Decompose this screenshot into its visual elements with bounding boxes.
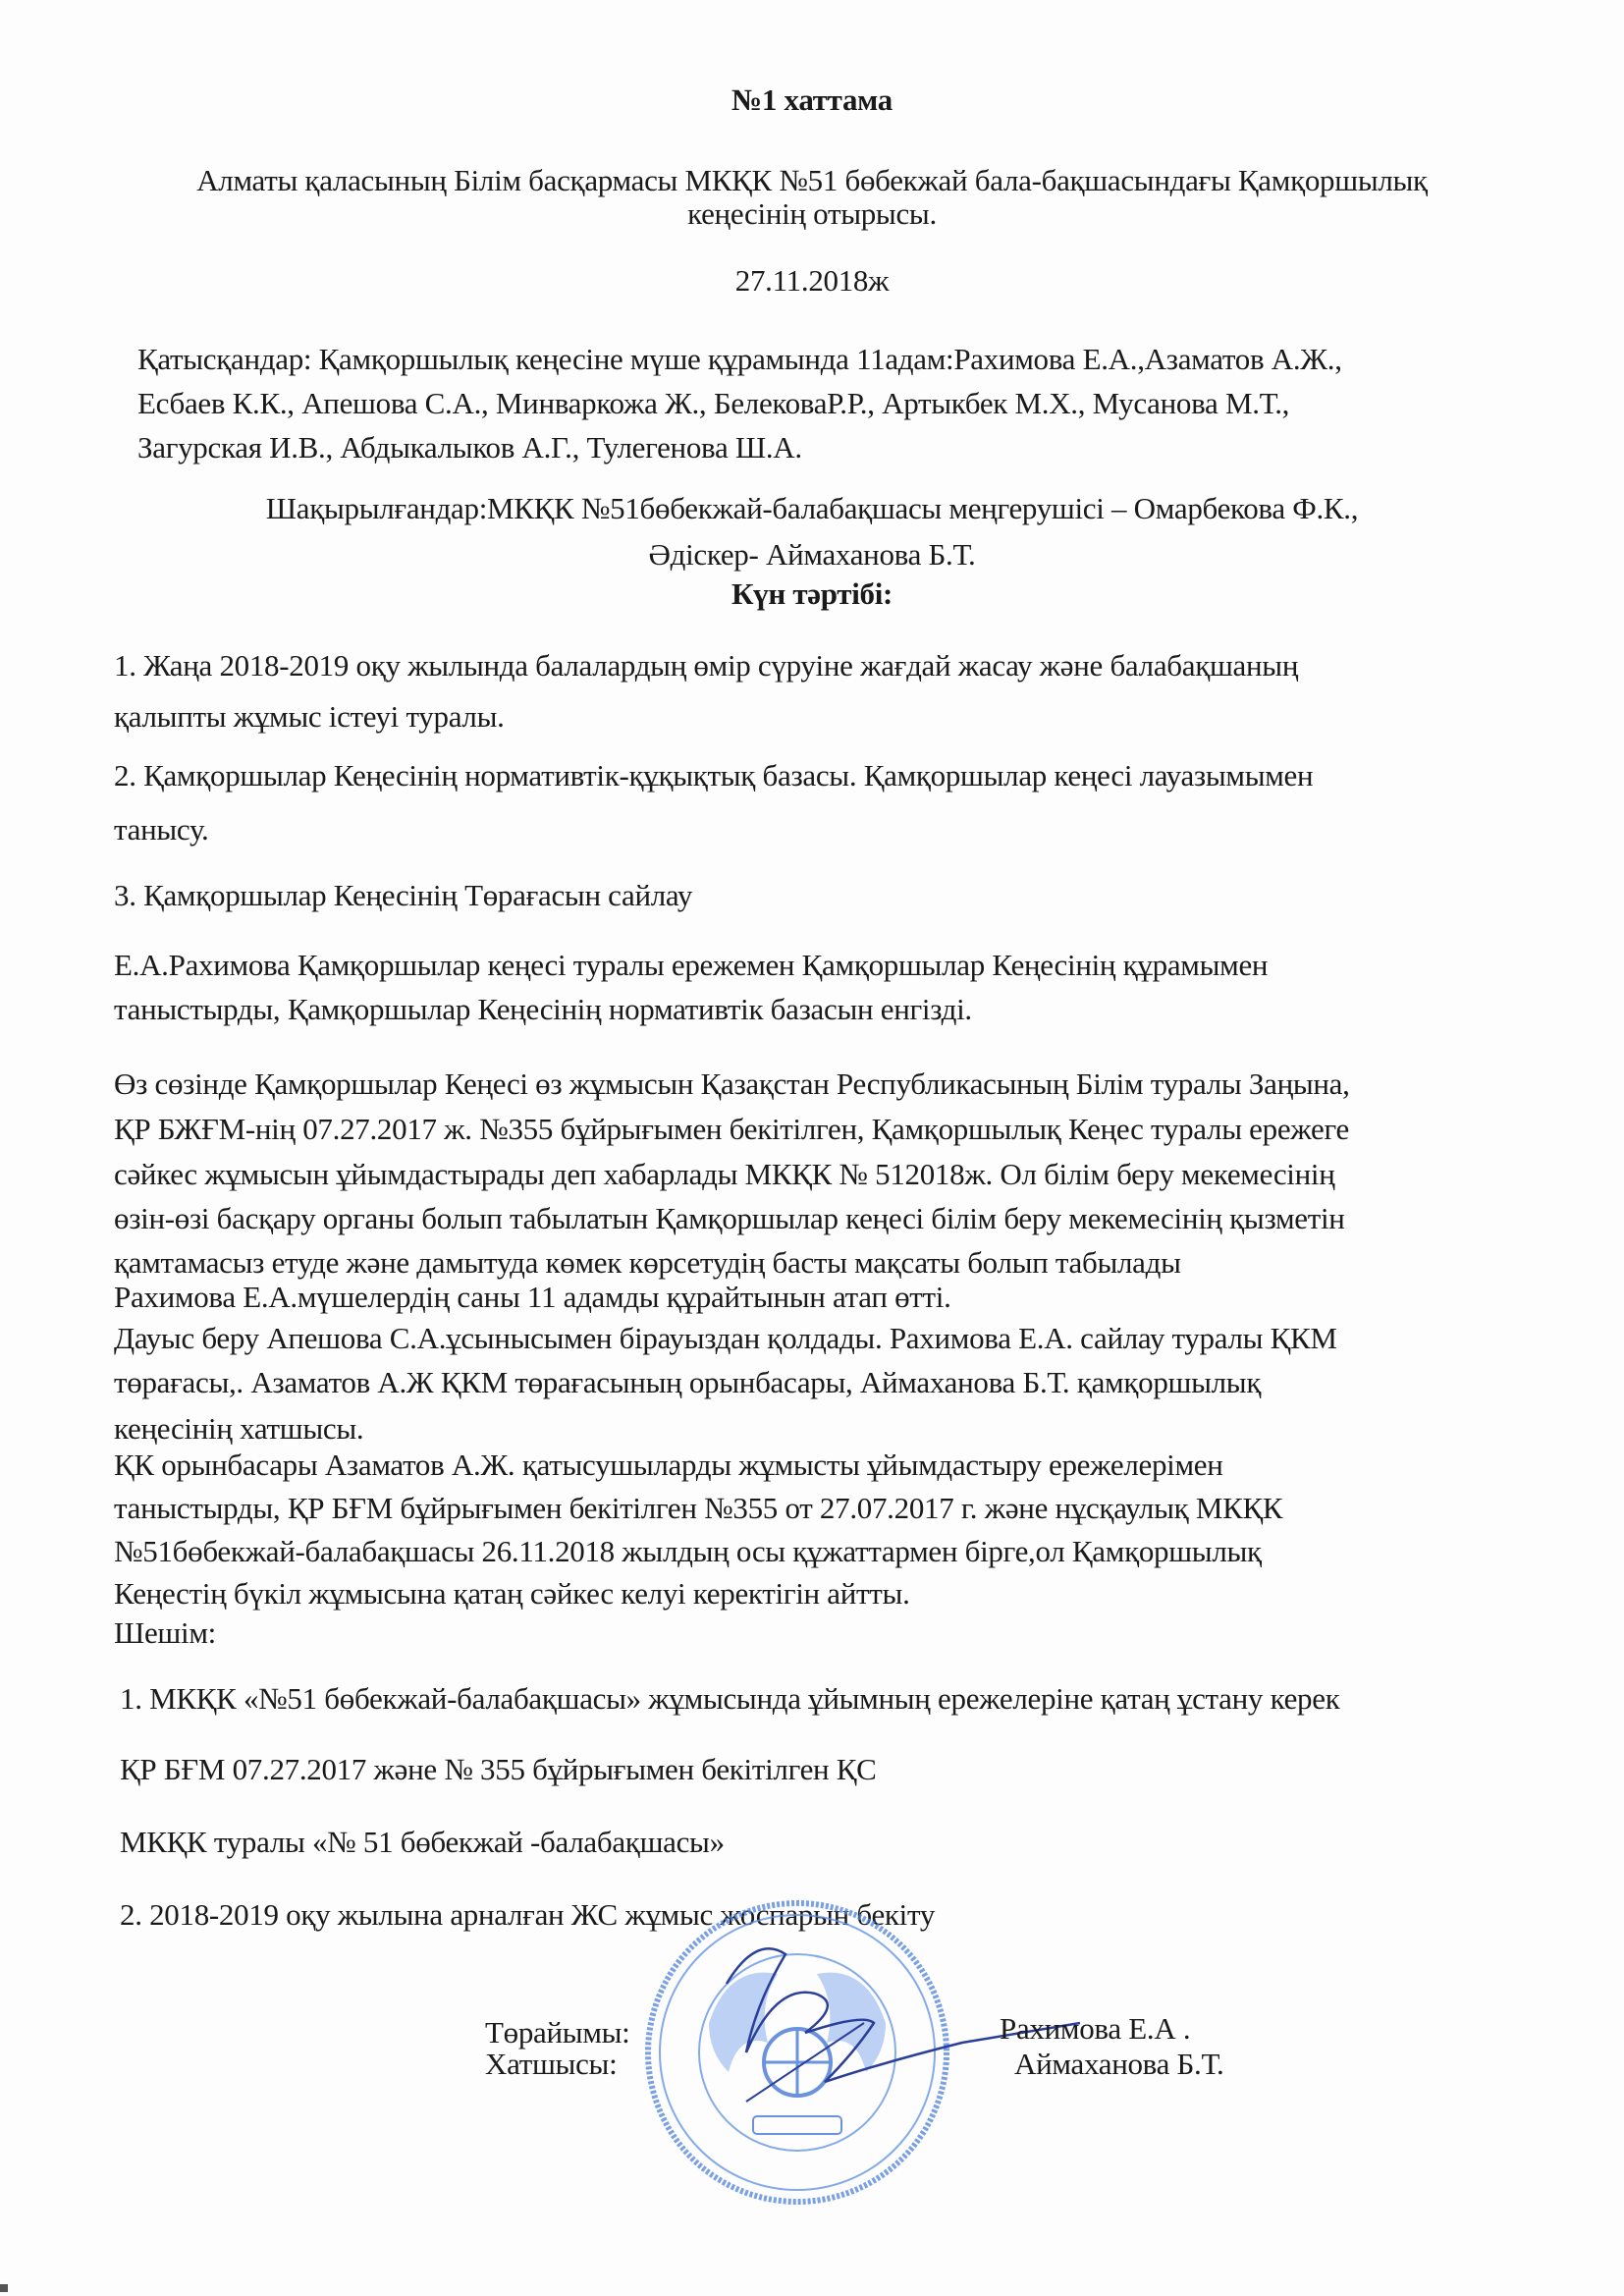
agenda-item-2-line-2: танысу. (114, 812, 209, 847)
invited-line-2: Әдіскер- Аймаханова Б.Т. (0, 537, 1624, 573)
agenda-heading: Күн тәртібі: (0, 576, 1624, 612)
participants-line-2: Есбаев К.К., Апешова С.А., Минваркожа Ж.… (137, 386, 1289, 421)
body-para2-line-8: төрағасы,. Азаматов А.Ж ҚКМ төрағасының … (114, 1365, 1261, 1400)
secretary-label: Хатшысы: (485, 2047, 617, 2082)
body-para2-line-6: Рахимова Е.А.мүшелердің саны 11 адамды қ… (114, 1280, 951, 1315)
document-page: №1 хаттама Алматы қаласының Білім басқар… (0, 0, 1624, 2296)
decision-item-1-cont-2: МКҚК туралы «№ 51 бөбекжай -балабақшасы» (120, 1825, 725, 1860)
participants-line-3: Загурская И.В., Абдыкалыков А.Г., Тулеге… (137, 430, 802, 465)
subtitle-line-1: Алматы қаласының Білім басқармасы МКҚК №… (0, 163, 1624, 198)
chair-name: Рахимова Е.А . (1000, 2011, 1190, 2047)
body-para2-line-2: ҚР БЖҒМ-нің 07.27.2017 ж. №355 бұйрығыме… (114, 1112, 1349, 1147)
decision-item-1-cont-1: ҚР БҒМ 07.27.2017 және № 355 бұйрығымен … (120, 1752, 877, 1787)
body-para2-line-13: Кеңестің бүкіл жұмысына қатаң сәйкес кел… (114, 1576, 910, 1612)
agenda-item-1-line-1: 1. Жаңа 2018-2019 оқу жылында балалардың… (114, 648, 1298, 683)
body-para2-line-1: Өз сөзінде Қамқоршылар Кеңесі өз жұмысын… (114, 1066, 1350, 1102)
invited-line-1: Шақырылғандар:МКҚК №51бөбекжай-балабақша… (0, 491, 1624, 526)
agenda-item-1-line-2: қалыпты жұмыс істеуі туралы. (114, 699, 505, 735)
scan-edge-mark (0, 2284, 8, 2292)
decision-item-1: 1. МКҚК «№51 бөбекжай-балабақшасы» жұмыс… (120, 1681, 1339, 1717)
document-title: №1 хаттама (0, 82, 1624, 118)
body-para2-line-7: Дауыс беру Апешова С.А.ұсынысымен бірауы… (114, 1321, 1337, 1356)
agenda-item-3: 3. Қамқоршылар Кеңесінің Төрағасын сайла… (114, 878, 692, 913)
agenda-item-2-line-1: 2. Қамқоршылар Кеңесінің нормативтік-құқ… (114, 758, 1313, 793)
secretary-name: Аймаханова Б.Т. (1014, 2047, 1223, 2082)
body-para2-line-12: №51бөбекжай-балабақшасы 26.11.2018 жылды… (114, 1534, 1262, 1569)
chair-label: Төрайымы: (485, 2015, 629, 2050)
body-para2-line-9: кеңесінің хатшысы. (114, 1411, 363, 1447)
decision-heading: Шешім: (114, 1615, 216, 1651)
body-para2-line-3: сәйкес жұмысын ұйымдастырады деп хабарла… (114, 1157, 1335, 1192)
body-para2-line-5: қамтамасыз етуде және дамытуда көмек көр… (114, 1245, 1181, 1281)
body-para2-line-10: ҚК орынбасары Азаматов А.Ж. қатысушылард… (114, 1448, 1223, 1483)
body-para1-line-1: Е.А.Рахимова Қамқоршылар кеңесі туралы е… (114, 948, 1268, 983)
subtitle-line-2: кеңесінің отырысы. (0, 196, 1624, 232)
body-para2-line-11: таныстырды, ҚР БҒМ бұйрығымен бекітілген… (114, 1491, 1282, 1526)
meeting-date: 27.11.2018ж (0, 263, 1624, 299)
participants-line-1: Қатысқандар: Қамқоршылық кеңесіне мүше қ… (137, 342, 1342, 377)
body-para2-line-4: өзін-өзі басқару органы болып табылатын … (114, 1201, 1345, 1236)
body-para1-line-2: таныстырды, Қамқоршылар Кеңесінің нормат… (114, 992, 972, 1027)
